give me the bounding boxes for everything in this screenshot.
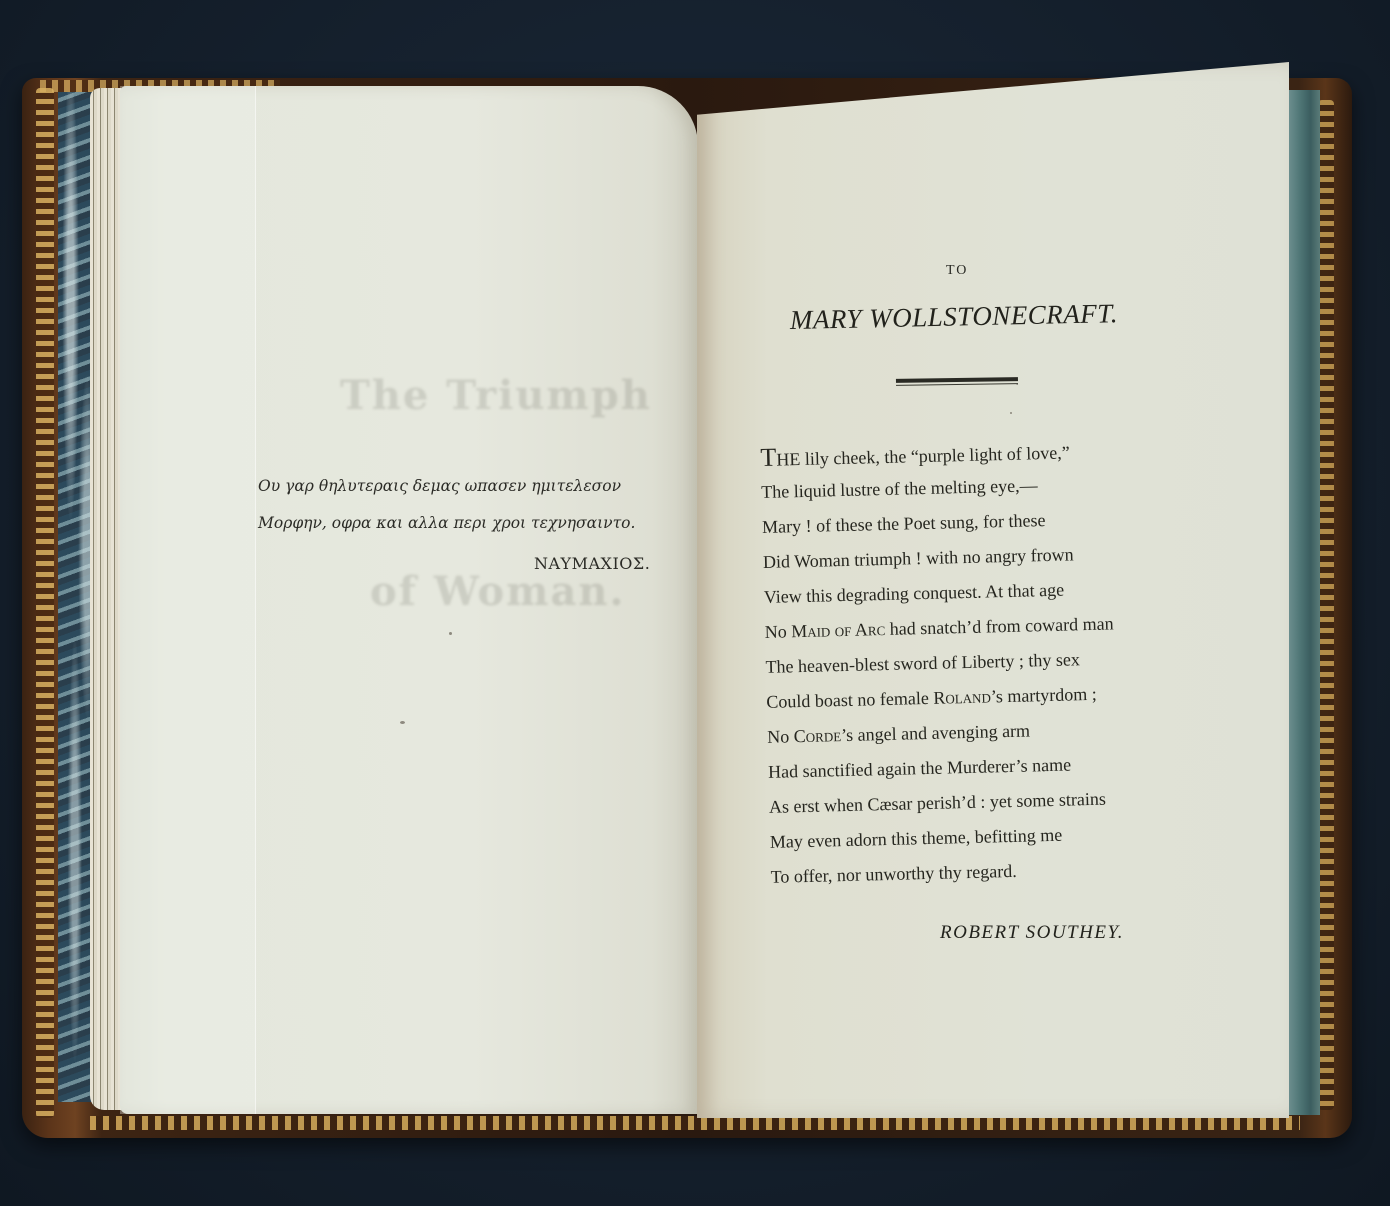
dedication-poem: THE lily cheek, the “purple light of lov… <box>760 429 1231 895</box>
poem-text: View this degrading conquest. At that ag… <box>764 580 1065 607</box>
poem-text: No <box>767 726 794 747</box>
paper-speck <box>400 721 405 724</box>
poem-text: The liquid lustre of the melting eye,— <box>761 475 1038 502</box>
dedication-to-label: TO <box>946 263 968 279</box>
gilt-tooling-left <box>36 88 54 1118</box>
small-caps-name: Corde <box>794 725 842 746</box>
paper-speck <box>1010 412 1012 414</box>
tissue-guard-sheet <box>120 86 256 1114</box>
poem-text: ’s angel and avenging arm <box>841 720 1030 745</box>
gilt-tooling-right <box>1318 100 1334 1110</box>
poem-text: No <box>764 621 791 642</box>
marbled-edge-right <box>1288 90 1320 1115</box>
poem-text: Had sanctified again the Murderer’s name <box>768 754 1071 781</box>
poem-text: Could boast no female <box>766 688 933 712</box>
epigraph-line-1: Ου γαρ θηλυτεραις δεμας ωπασεν ημιτελεσο… <box>258 477 621 495</box>
poem-text: lily cheek, the “purple light of love,” <box>800 442 1070 469</box>
bleed-through-title-line-1: The Triumph <box>340 372 652 419</box>
bleed-through-title-line-2: of Woman. <box>370 568 625 615</box>
ornamental-rule <box>896 377 1018 389</box>
poem-text: May even adorn this theme, befitting me <box>770 825 1063 852</box>
epigraph-line-2: Μορφην, οφρα και αλλα περι χροι τεχνησαι… <box>258 514 635 532</box>
poem-text: ’s martyrdom ; <box>991 684 1097 707</box>
photo-scene: The Triumph of Woman. Ου γαρ θηλυτεραις … <box>0 0 1390 1206</box>
drop-cap: T <box>760 443 777 472</box>
poem-text: To offer, nor unworthy thy regard. <box>770 861 1017 887</box>
epigraph-attribution: ΝΑΥΜΑΧΙΟΣ. <box>534 554 650 573</box>
poem-text: The heaven-blest sword of Liberty ; thy … <box>765 649 1080 677</box>
poem-signature: ROBERT SOUTHEY. <box>940 922 1124 944</box>
small-caps-name: HE <box>776 449 800 470</box>
poem-text: Mary ! of these the Poet sung, for these <box>762 510 1046 537</box>
small-caps-name: Maid of Arc <box>791 619 886 641</box>
poem-text: had snatch’d from coward man <box>885 613 1114 639</box>
poem-text: Did Woman triumph ! with no angry frown <box>763 544 1074 572</box>
paper-speck <box>449 632 452 635</box>
poem-text: As erst when Cæsar perish’d : yet some s… <box>769 789 1106 817</box>
gilt-tooling-bottom <box>90 1116 1300 1130</box>
small-caps-name: Roland <box>933 686 991 707</box>
